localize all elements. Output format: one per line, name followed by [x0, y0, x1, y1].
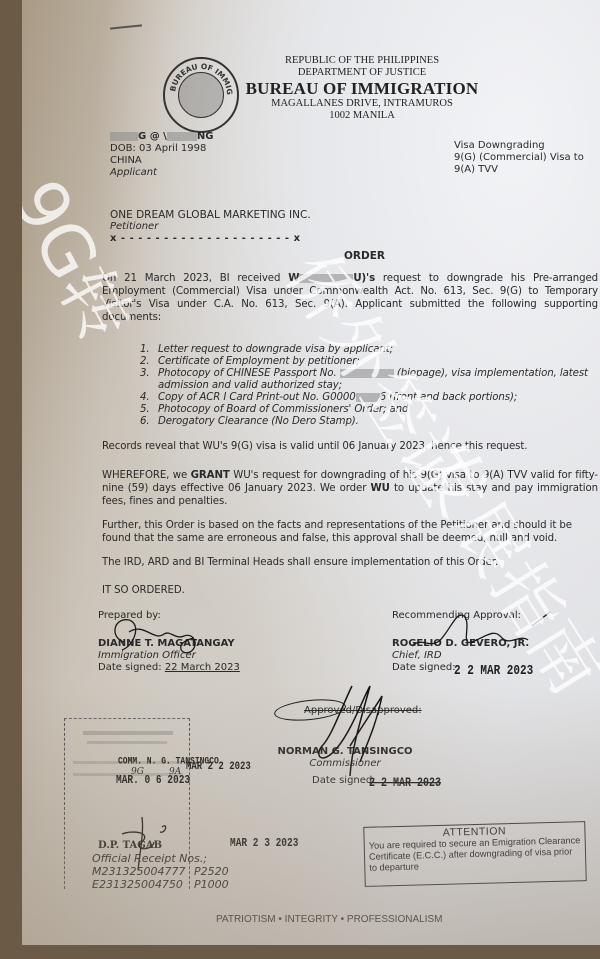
prepared-label: Prepared by: [98, 610, 240, 622]
recommending-title: Chief, IRD [392, 650, 529, 662]
document-item: 6.Derogatory Clearance (No Dero Stamp). [140, 416, 600, 428]
letterhead-department: DEPARTMENT OF JUSTICE [222, 67, 502, 78]
applicant-block: G @ \NG DOB: 03 April 1998 CHINA Applica… [110, 131, 213, 179]
prepared-date: Date signed: 22 March 2023 [98, 662, 240, 674]
document-item: 4.Copy of ACR I Card Print-out No. G0000… [140, 392, 600, 404]
document-item: 1.Letter request to downgrade visa by ap… [140, 344, 600, 356]
document-item: 3.Photocopy of CHINESE Passport No. (bio… [140, 368, 600, 392]
letterhead-agency: BUREAU OF IMMIGRATION [222, 79, 502, 99]
letterhead-address-2: 1002 MANILA [222, 110, 502, 121]
further-paragraph: Further, this Order is based on the fact… [102, 519, 598, 545]
applicant-name: G @ \NG [110, 131, 213, 143]
receipt-row: E231325004750P1000 [92, 878, 229, 891]
faded-stamp-line [83, 731, 173, 735]
redaction [167, 132, 197, 141]
redaction [356, 393, 380, 402]
document-item: 5.Photocopy of Board of Commissioners' O… [140, 404, 600, 416]
prepared-title: Immigration Officer [98, 650, 240, 662]
implementation-paragraph: The IRD, ARD and BI Terminal Heads shall… [102, 556, 598, 569]
cashier-name: D.P. TAGAB [98, 840, 162, 851]
recommending-label: Recommending Approval: [392, 610, 529, 622]
redaction [299, 274, 353, 283]
recommending-date-stamp: 2 2 MAR 2023 [454, 664, 533, 679]
cashier-date-stamp: MAR 2 3 2023 [230, 836, 298, 850]
approved-date-label: Date signed: [312, 775, 376, 787]
redaction [110, 132, 138, 141]
footer-motto: PATRIOTISM • INTEGRITY • PROFESSIONALISM [216, 914, 442, 925]
receipts-block: Official Receipt Nos.; M231325004777P252… [92, 852, 229, 891]
stamp-valid-date: MAR. 0 6 2023 [116, 773, 190, 787]
letterhead-republic: REPUBLIC OF THE PHILIPPINES [222, 55, 502, 66]
supporting-documents-list: 1.Letter request to downgrade visa by ap… [140, 344, 600, 428]
wherefore-paragraph: WHEREFORE, we GRANT WU's request for dow… [102, 469, 598, 508]
applicant-dob: DOB: 03 April 1998 [110, 143, 213, 155]
letterhead: REPUBLIC OF THE PHILIPPINES DEPARTMENT O… [222, 55, 502, 125]
subject-block: Visa Downgrading 9(G) (Commercial) Visa … [454, 140, 600, 176]
prepared-name: DIANNE T. MAGATANGAY [98, 638, 240, 650]
intro-paragraph: On 21 March 2023, BI received WU)'s requ… [102, 272, 598, 324]
approved-circle-mark [273, 696, 347, 723]
subject-line-2: 9(G) (Commercial) Visa to 9(A) TVV [454, 152, 600, 176]
petitioner-name: ONE DREAM GLOBAL MARKETING INC. [110, 209, 311, 221]
attention-notice: ATTENTION You are required to secure an … [363, 821, 586, 887]
subject-line-1: Visa Downgrading [454, 140, 600, 152]
redaction [340, 369, 394, 378]
approved-title: Commissioner [270, 758, 420, 770]
receipt-row: M231325004777P2520 [92, 865, 229, 878]
petitioner-role: Petitioner [110, 221, 311, 233]
petitioner-block: ONE DREAM GLOBAL MARKETING INC. Petition… [110, 209, 311, 245]
faded-stamp-line [87, 741, 167, 744]
approved-block: NORMAN G. TANSINGCO Commissioner [270, 746, 420, 770]
approved-name: NORMAN G. TANSINGCO [270, 746, 420, 758]
recommending-name: ROGELIO D. GEVERO, JR. [392, 638, 529, 650]
document-page: BUREAU OF IMMIGRATION REPUBLIC OF THE PH… [22, 0, 600, 945]
approved-date-stamp: 2 2 MAR 2023 [369, 777, 441, 791]
letterhead-address-1: MAGALLANES DRIVE, INTRAMUROS [222, 98, 502, 109]
receipts-label: Official Receipt Nos.; [92, 852, 229, 865]
applicant-role: Applicant [110, 167, 213, 179]
stamp-commissioner-date: MAR 2 2 2023 [186, 760, 251, 773]
document-item: 2.Certificate of Employment by petitione… [140, 356, 600, 368]
order-title: ORDER [344, 250, 385, 262]
applicant-country: CHINA [110, 155, 213, 167]
records-paragraph: Records reveal that WU's 9(G) visa is va… [102, 440, 598, 453]
petitioner-separator: x - - - - - - - - - - - - - - - - - - - … [110, 233, 311, 245]
watermark-left: 9G转 [22, 160, 161, 356]
prepared-by-block: Prepared by: DIANNE T. MAGATANGAY Immigr… [98, 610, 240, 674]
attention-text: You are required to secure an Emigration… [369, 835, 582, 874]
so-ordered: IT SO ORDERED. [102, 584, 185, 597]
pencil-mark [110, 24, 142, 29]
